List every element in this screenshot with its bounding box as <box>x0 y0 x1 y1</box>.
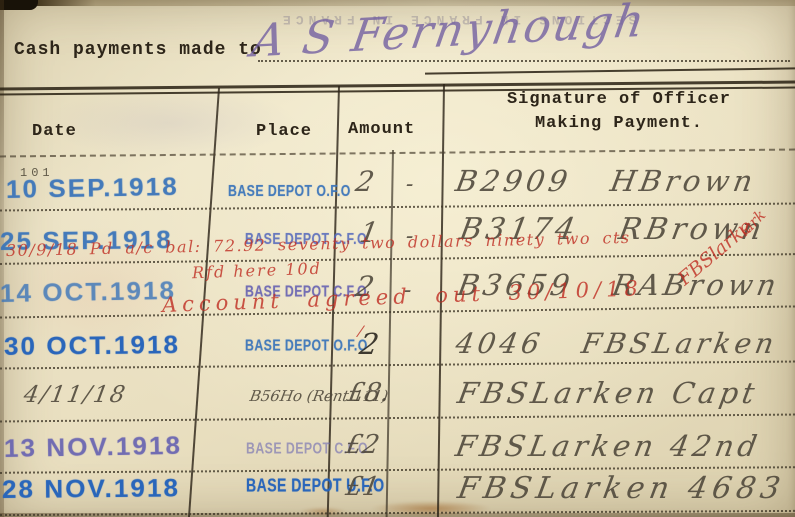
payee-signature: A S Fernyhough <box>248 0 650 68</box>
column-header-signature-line1: Signature of Officer <box>445 90 793 109</box>
officer-signature: FBSLarken Capt <box>455 376 761 410</box>
place-stamp: BASE DEPOT O.F.O <box>245 336 368 354</box>
column-header-date: Date <box>32 122 77 141</box>
date-handwritten: 4/11/18 <box>22 382 129 408</box>
amount-sub-value: - <box>404 172 416 197</box>
amount-value: £2 <box>343 430 381 460</box>
red-audit-note-line2: Rfd here 10d <box>192 259 322 283</box>
date-stamp: 13 NOV.1918 <box>4 432 183 464</box>
paper-top-edge <box>0 0 795 6</box>
payee-label: Cash payments made to <box>14 40 262 60</box>
amount-value: £1 <box>343 472 381 502</box>
date-stamp: 28 NOV.1918 <box>2 474 180 505</box>
payment-record-card: SECTIONS IN FRANCE IN FRANCE Cash paymen… <box>0 0 795 517</box>
row-separator <box>0 203 795 212</box>
date-stamp: 10 SEP.1918 <box>6 173 179 205</box>
rule-partial <box>425 67 795 74</box>
officer-signature: B2909 HBrown <box>453 164 759 198</box>
amount-value: 2 <box>353 165 377 198</box>
column-header-amount: Amount <box>348 120 415 139</box>
date-stamp: 30 OCT.1918 <box>4 331 180 362</box>
officer-signature: FBSLarken 4683 <box>455 471 788 506</box>
officer-signature: 4046 FBSLarken <box>453 327 780 360</box>
row-separator <box>0 361 795 370</box>
row-separator <box>0 414 795 423</box>
amount-value: £8. <box>345 378 392 408</box>
column-header-place: Place <box>256 122 312 141</box>
paper-corner-shadow <box>0 0 38 10</box>
officer-signature: FBSLarken 42nd <box>453 429 763 463</box>
place-stamp: BASE DEPOT O.F.O <box>228 181 351 199</box>
column-header-signature-line2: Making Payment. <box>445 114 793 133</box>
date-stamp: 14 OCT.1918 <box>0 277 176 309</box>
